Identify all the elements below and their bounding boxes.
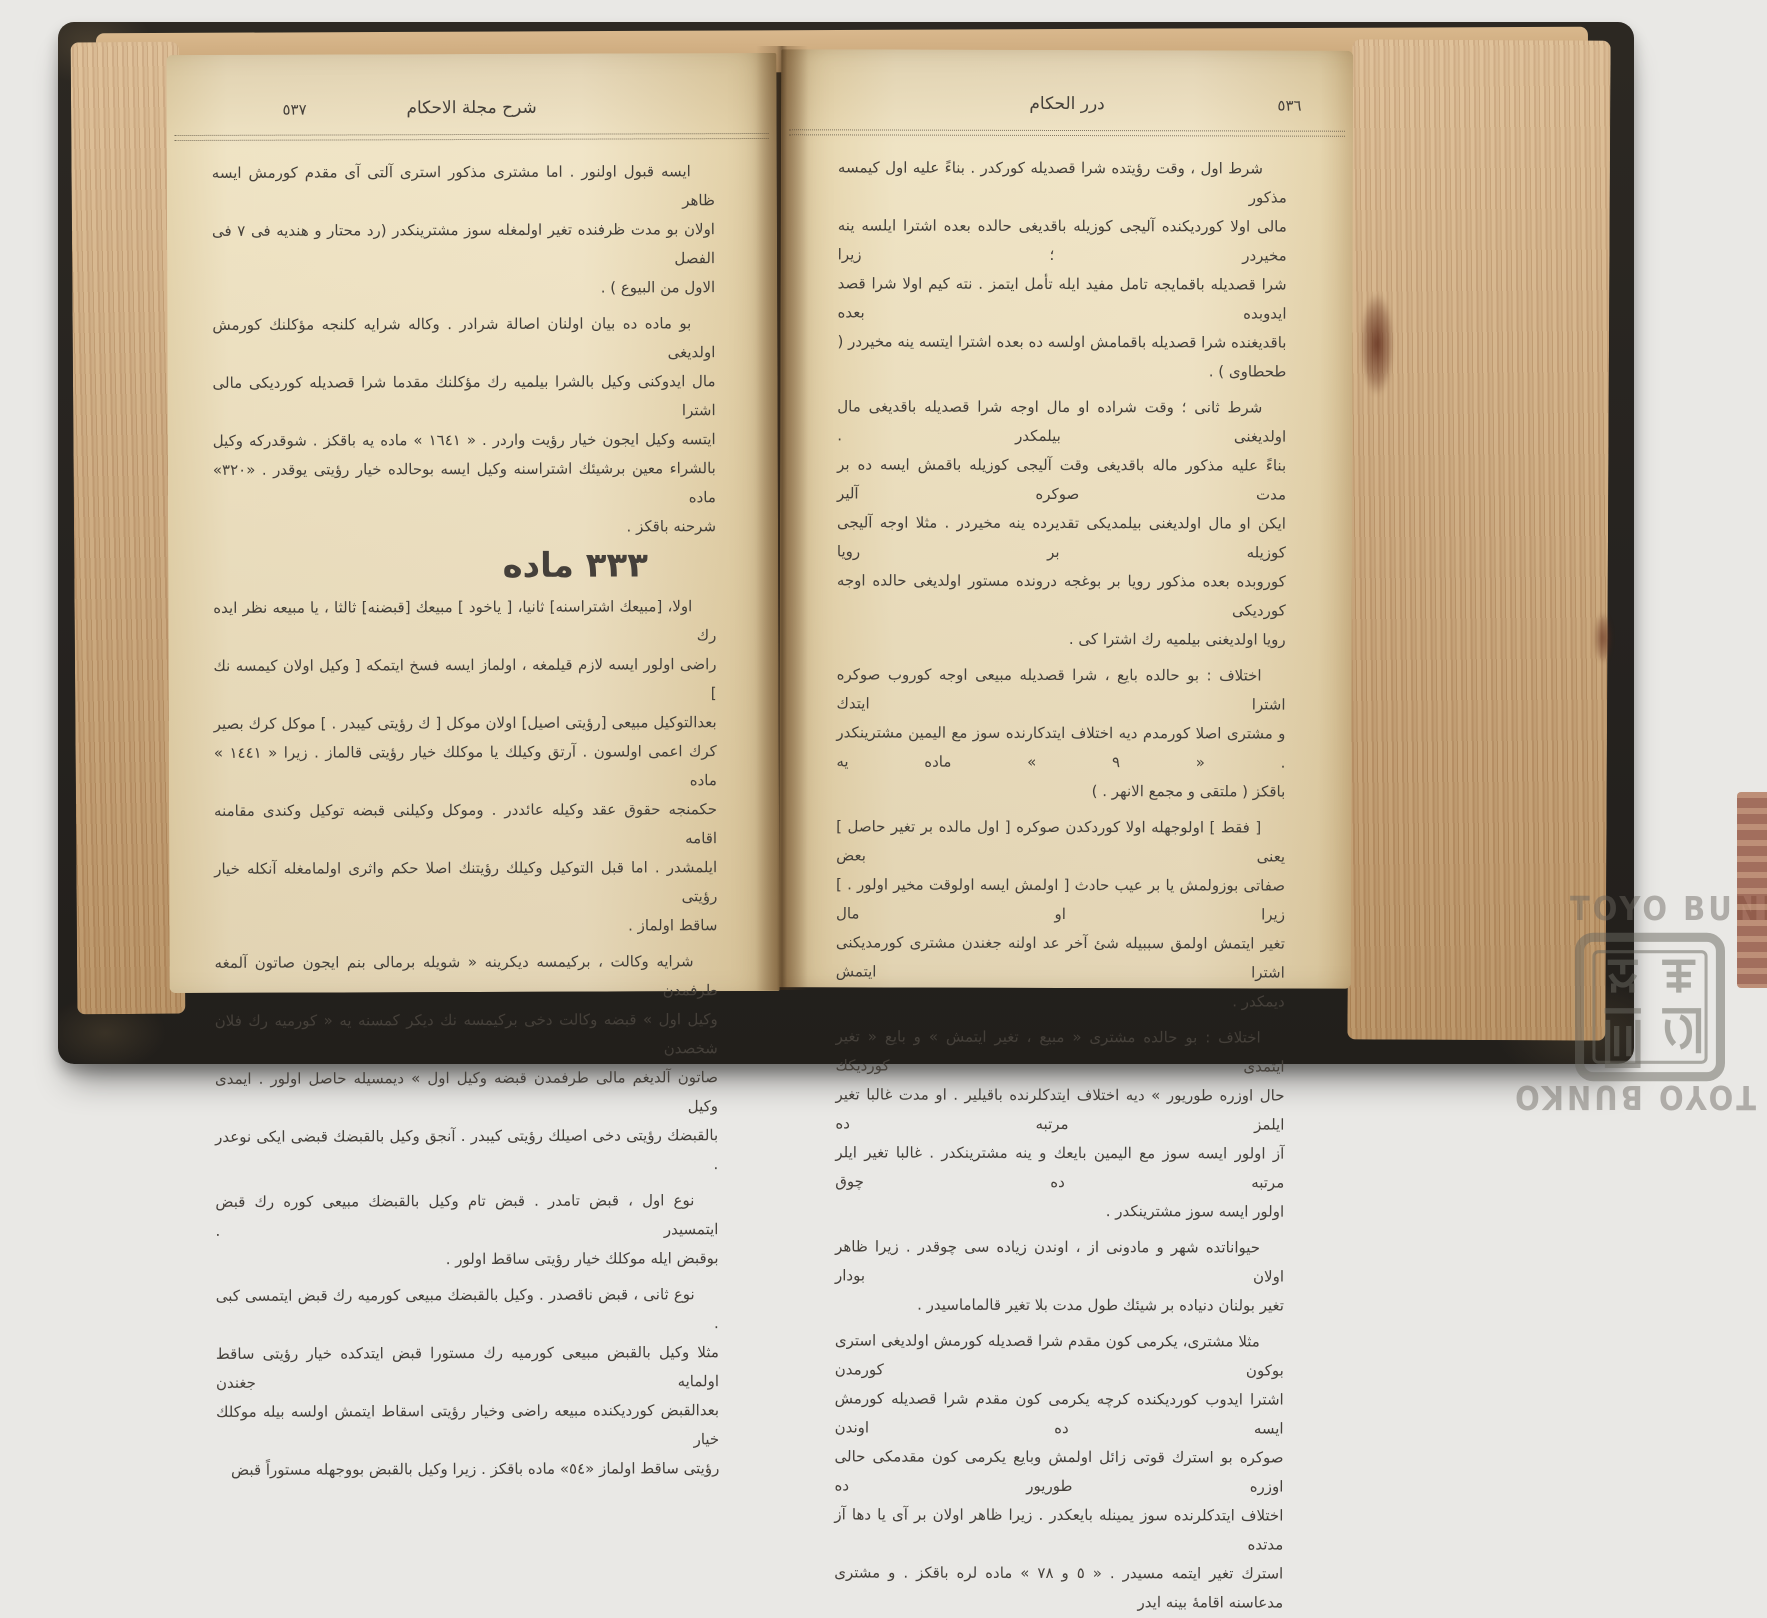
paragraph: ايسه قبول اولنور . اما مشترى مذكور استرى… [212,157,716,304]
text-line: اختلاف : بو حالده مشترى « مبيع ، تغير اي… [836,1022,1285,1081]
left-page-header: ٥٣٧ شرح مجلة الاحكام [167,97,777,133]
paragraph: شرط ثانى ؛ وقت شراده او مال اوجه شرا قصد… [837,392,1287,654]
text-line: كرك اعمى اولسون . آرتق وكيلك يا موكلك خي… [214,737,717,797]
fore-edge-stain-small [1594,612,1612,664]
fore-edge-stain [1360,292,1394,396]
text-line: حكمنجه حقوق عقد وكيله عائددر . وموكل وكي… [214,795,717,855]
text-line: بالشراء معين برشيئك اشتراسنه وكيل ايسه ب… [213,454,716,514]
toyo-bunko-watermark-text-bottom: TOYO BUNKO [1570,1078,1756,1116]
paragraph: بو ماده ده بيان اولنان اصالة شرادر . وكا… [212,309,716,543]
paragraph: شرايه وكالت ، بركيمسه ديكرينه « شويله بر… [214,947,718,1178]
text-line: اختلاف : بو حالده بايع ، شرا قصديله مبيع… [836,660,1285,719]
paragraph: اولا، [مبيعك اشتراسنه] ثانيا، [ ياخود ] … [213,592,717,942]
text-line: باقكز ( ملتقى و مجمع الانهر . ) [836,776,1285,806]
text-line: اولا، [مبيعك اشتراسنه] ثانيا، [ ياخود ] … [213,592,716,652]
text-line: رويا اولديغنى بيلميه رك اشترا كى . [837,624,1286,654]
right-page-header-title: درر الحكام [781,93,1353,114]
text-line: شرا قصديله باقمايجه تامل مفيد ايله تأمل … [838,269,1287,328]
text-line: شرايه وكالت ، بركيمسه ديكرينه « شويله بر… [214,947,717,1007]
text-line: مالى اولا كورديكنده آليجى كوزيله باقديغى… [838,211,1287,270]
text-line: كوروبده بعده مذكور رويا بر بوغجه درونده … [837,566,1286,625]
text-line: ساقط اولماز . [214,911,717,942]
right-page: ٥٣٦ درر الحكام شرط اول ، وقت رؤيتده شرا … [779,49,1353,988]
right-page-text: شرط اول ، وقت رؤيتده شرا قصديله كوركدر .… [777,153,1353,1178]
text-line: صفاتى بوزولمش يا بر عيب حادث [ اولمش ايس… [836,870,1285,929]
paragraph: اختلاف : بو حالده مشترى « مبيع ، تغير اي… [835,1022,1285,1178]
paragraph: [ فقط ] اولوجهله اولا كوردكدن صوكره [ او… [836,812,1286,1016]
text-line: و مشترى اصلا كورمدم ديه اختلاف ايتدكارند… [836,718,1285,777]
text-line: راضى اولور ايسه لازم قيلمغه ، اولماز ايس… [213,650,716,710]
left-page-text: ايسه قبول اولنور . اما مشترى مذكور استرى… [167,157,782,1178]
text-line: ديمكدر . [836,986,1285,1016]
left-page-header-title: شرح مجلة الاحكام [167,97,777,119]
text-line: بعدالتوكيل مبيعى [رؤيتى اصيل] اولان موكل… [214,708,717,739]
header-rule-left [175,133,769,141]
left-page: ٥٣٧ شرح مجلة الاحكام ايسه قبول اولنور . … [166,53,779,993]
text-line: الاول من البيوع ) . [212,273,715,304]
text-line: وكيل اول » قبضه وكالت دخى بركيمسه نك ديك… [215,1005,718,1065]
text-line: باقديغنده شرا قصديله باقمامش اولسه ده بع… [837,327,1286,386]
text-line: ايلمشدر . اما قبل التوكيل وكيلك رؤيتنك ا… [214,853,717,913]
text-line: حال اوزره طوريور » ديه اختلاف ايتدكلرنده… [835,1080,1284,1139]
text-line: بالقبضك رؤيتى دخى اصيلك رؤيتى كيبدر . آن… [215,1121,718,1178]
text-line: بناءً عليه مذكور ماله باقديغى وقت آليجى … [837,450,1286,509]
paragraph: اختلاف : بو حالده بايع ، شرا قصديله مبيع… [836,660,1285,806]
text-line: ايسه قبول اولنور . اما مشترى مذكور استرى… [212,157,715,217]
library-red-seal-stamp [1737,792,1767,988]
photo-background: ٥٣٧ شرح مجلة الاحكام ايسه قبول اولنور . … [0,0,1767,1178]
text-line: ايكن او مال اولديغنى بيلمديكى تقديرده ين… [837,508,1286,567]
article-333-heading: ٣٣٣ ماده [434,551,716,581]
header-rule-right [789,129,1345,136]
text-line: بو ماده ده بيان اولنان اصالة شرادر . وكا… [212,309,715,369]
text-line: صاتون آلديغم مالى طرفمدن قبضه وكيل اول »… [215,1063,718,1123]
text-line: ايتسه وكيل ايجون خيار رؤيت واردر . « ١٦٤… [213,425,716,456]
text-line: آز اولور ايسه سوز مع اليمين بايعك و ينه … [835,1138,1284,1178]
text-line: شرط ثانى ؛ وقت شراده او مال اوجه شرا قصد… [837,392,1286,451]
text-line: مال ايدوكنى وكيل بالشرا بيلميه رك مؤكلنك… [212,367,715,427]
paragraph: شرط اول ، وقت رؤيتده شرا قصديله كوركدر .… [837,153,1287,386]
right-page-header: ٥٣٦ درر الحكام [781,93,1353,128]
text-line: شرحنه باقكز . [213,512,716,543]
text-line: [ فقط ] اولوجهله اولا كوردكدن صوكره [ او… [836,812,1285,871]
text-line: تغير ايتمش اولمق سببيله شئ آخر عد اولنه … [836,928,1285,987]
text-line: شرط اول ، وقت رؤيتده شرا قصديله كوركدر .… [838,153,1287,212]
page-edges-right [1347,39,1610,1040]
text-line: اولان بو مدت ظرفنده تغير اولمغله سوز مشت… [212,215,715,275]
